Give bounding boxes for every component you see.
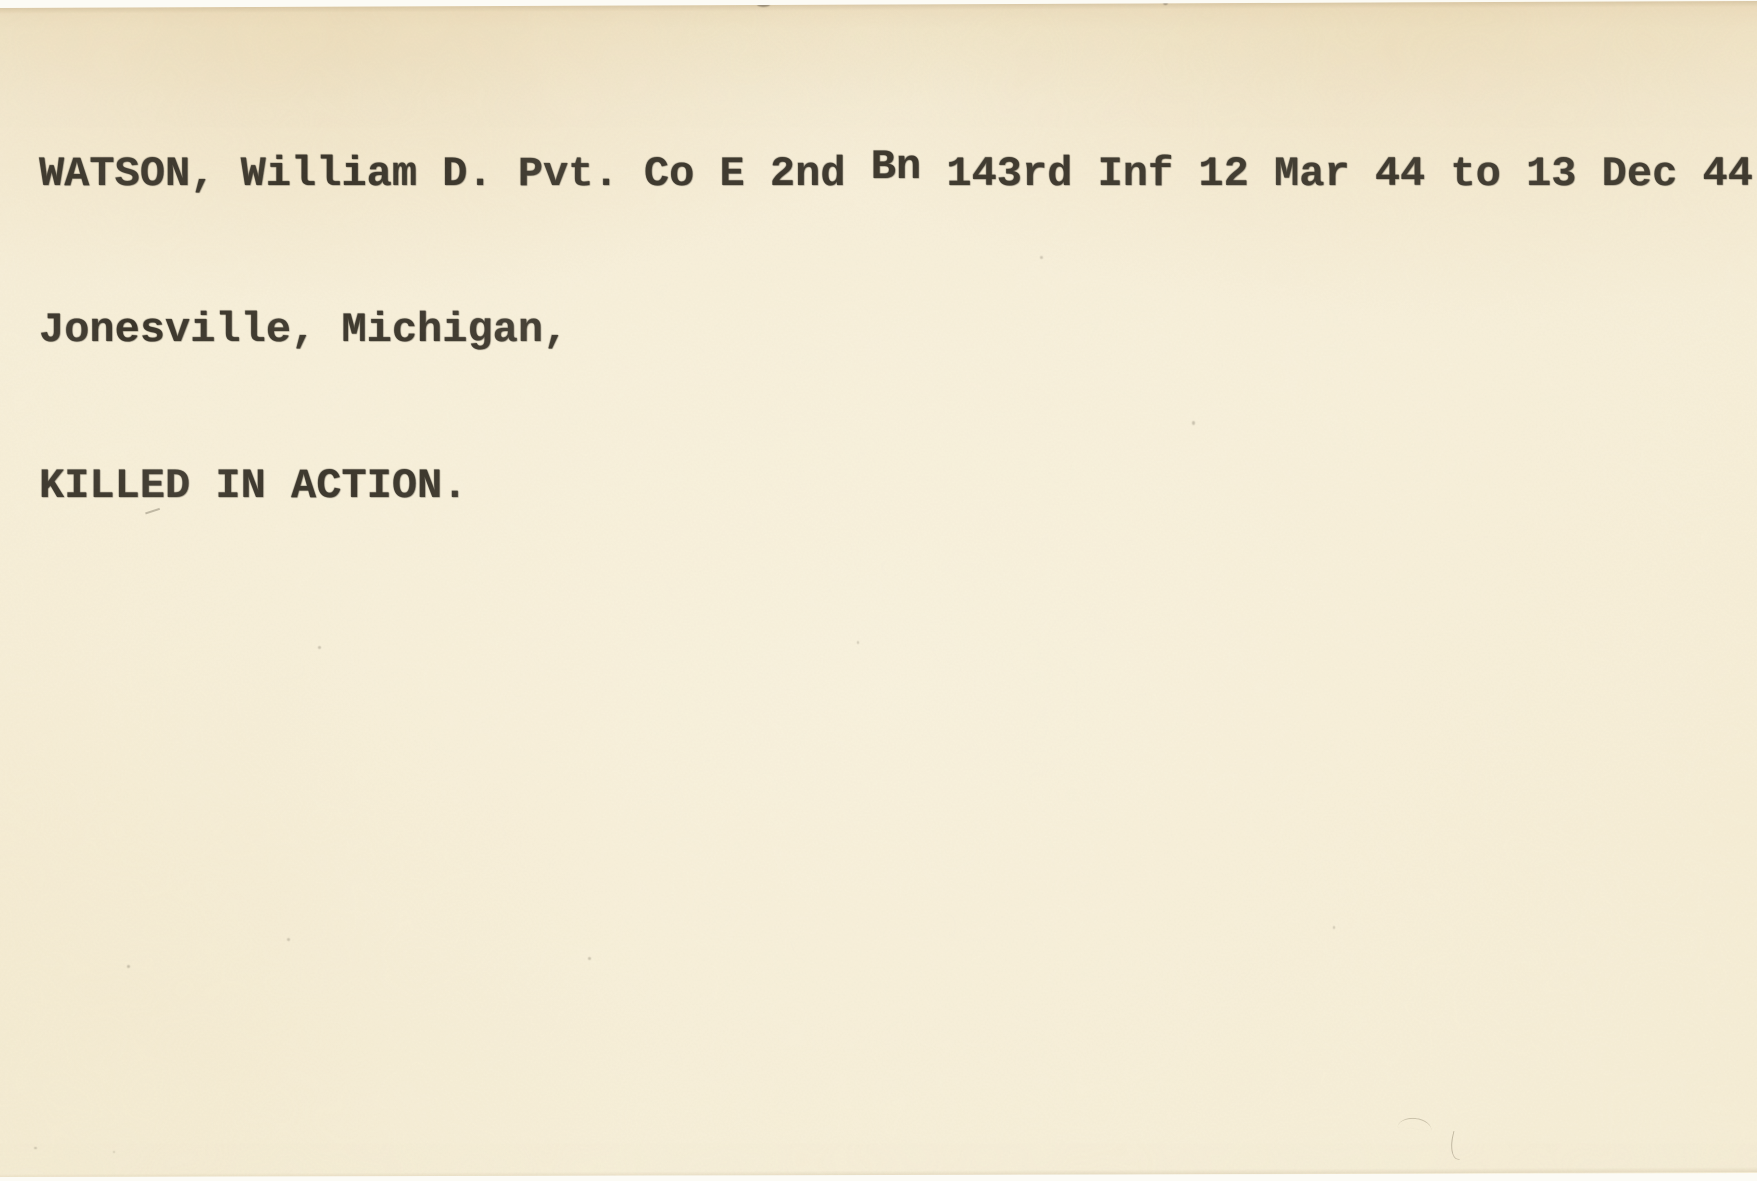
line1-segment: WATSON, William D. Pvt. Co E 2nd — [39, 150, 871, 198]
hometown-line: Jonesville, Michigan, — [39, 304, 1753, 356]
line1-segment: 143rd Inf 12 Mar 44 to 13 Dec 44 — [921, 150, 1753, 198]
paper-speck — [757, 2, 770, 7]
paper-speck — [1040, 256, 1043, 259]
paper-speck — [318, 646, 321, 649]
casualty-status-line: KILLED IN ACTION. — [39, 460, 1753, 512]
raised-type-segment: Bn — [871, 143, 921, 191]
paper-speck — [113, 1151, 115, 1153]
paper-speck — [287, 938, 290, 941]
paper-speck — [1192, 421, 1195, 425]
card-top-edge-shadow — [0, 1, 1757, 14]
paper-speck — [34, 1147, 37, 1149]
fiber-scratch-arc — [1398, 1116, 1433, 1130]
index-card: WATSON, William D. Pvt. Co E 2nd Bn 143r… — [0, 0, 1757, 1181]
service-record-line: WATSON, William D. Pvt. Co E 2nd Bn 143r… — [39, 148, 1753, 200]
paper-speck — [1163, 1, 1168, 5]
paper-speck — [1333, 926, 1335, 929]
scan-background: WATSON, William D. Pvt. Co E 2nd Bn 143r… — [0, 0, 1757, 1181]
paper-speck — [127, 965, 130, 968]
paper-speck — [857, 641, 859, 644]
fiber-scratch-hook — [1447, 1131, 1466, 1160]
card-bottom-edge-shadow — [0, 1167, 1757, 1179]
card-text: WATSON, William D. Pvt. Co E 2nd Bn 143r… — [39, 44, 1753, 616]
paper-speck — [588, 957, 591, 960]
